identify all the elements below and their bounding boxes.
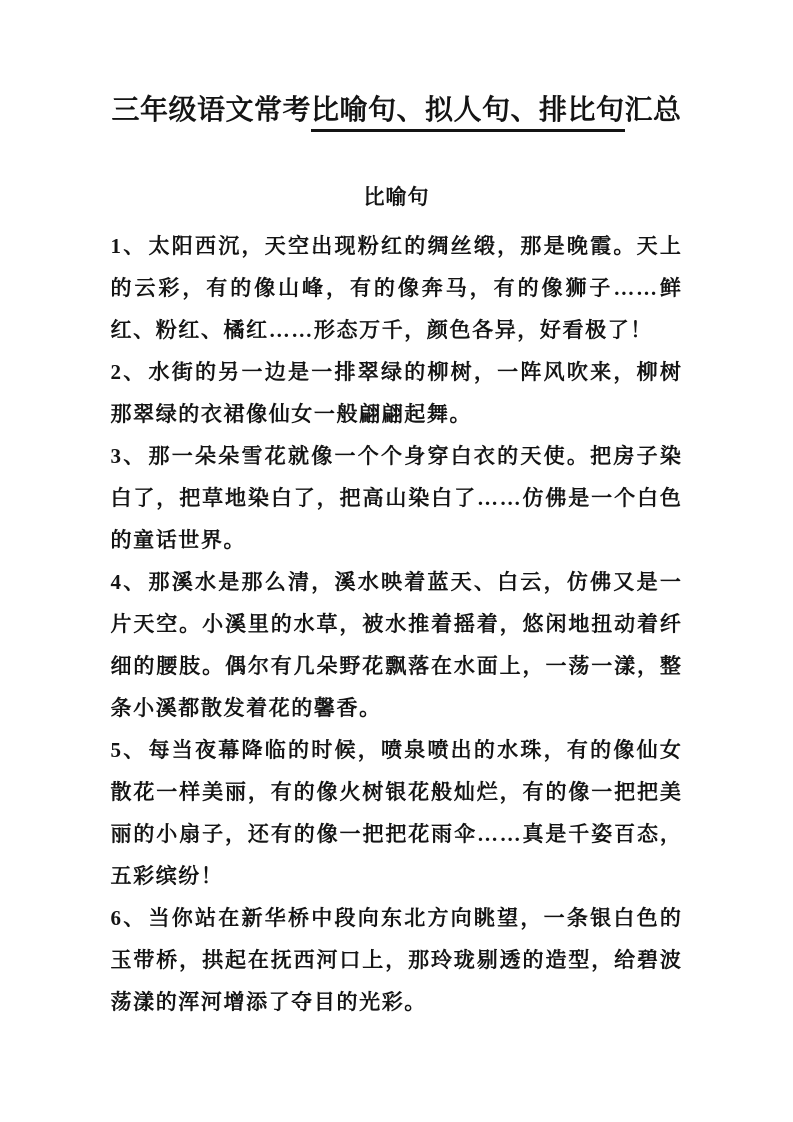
item-text: 那溪水是那么清，溪水映着蓝天、白云，仿佛又是一片天空。小溪里的水草，被水推着摇着… <box>111 570 683 720</box>
list-item: 5、每当夜幕降临的时候，喷泉喷出的水珠，有的像仙女散花一样美丽，有的像火树银花般… <box>111 729 683 897</box>
item-number: 3、 <box>111 444 149 468</box>
list-item: 6、当你站在新华桥中段向东北方向眺望，一条银白色的玉带桥，拱起在抚西河口上，那玲… <box>111 897 683 1023</box>
page-title-suffix: 汇总 <box>625 95 682 126</box>
section-heading: 比喻句 <box>0 183 793 211</box>
document-page: 三年级语文常考比喻句、拟人句、排比句汇总 比喻句 1、太阳西沉，天空出现粉红的绸… <box>0 0 793 1122</box>
item-text: 每当夜幕降临的时候，喷泉喷出的水珠，有的像仙女散花一样美丽，有的像火树银花般灿烂… <box>111 738 683 888</box>
item-text: 水街的另一边是一排翠绿的柳树，一阵风吹来，柳树那翠绿的衣裙像仙女一般翩翩起舞。 <box>111 360 683 426</box>
item-number: 1、 <box>111 234 149 258</box>
list-item: 4、那溪水是那么清，溪水映着蓝天、白云，仿佛又是一片天空。小溪里的水草，被水推着… <box>111 561 683 729</box>
item-number: 6、 <box>111 906 149 930</box>
item-text: 那一朵朵雪花就像一个个身穿白衣的天使。把房子染白了，把草地染白了，把高山染白了…… <box>111 444 683 552</box>
item-number: 4、 <box>111 570 149 594</box>
list-item: 3、那一朵朵雪花就像一个个身穿白衣的天使。把房子染白了，把草地染白了，把高山染白… <box>111 435 683 561</box>
page-title: 三年级语文常考比喻句、拟人句、排比句汇总 <box>0 88 793 134</box>
document-body: 1、太阳西沉，天空出现粉红的绸丝缎，那是晚霞。天上的云彩，有的像山峰，有的像奔马… <box>111 225 683 1023</box>
item-text: 当你站在新华桥中段向东北方向眺望，一条银白色的玉带桥，拱起在抚西河口上，那玲珑剔… <box>111 906 683 1014</box>
page-title-prefix: 三年级语文常考 <box>111 95 311 126</box>
list-item: 2、水街的另一边是一排翠绿的柳树，一阵风吹来，柳树那翠绿的衣裙像仙女一般翩翩起舞… <box>111 351 683 435</box>
item-text: 太阳西沉，天空出现粉红的绸丝缎，那是晚霞。天上的云彩，有的像山峰，有的像奔马，有… <box>111 234 683 342</box>
item-number: 5、 <box>111 738 149 762</box>
page-title-underlined-text: 比喻句、拟人句、排比句 <box>311 95 625 132</box>
list-item: 1、太阳西沉，天空出现粉红的绸丝缎，那是晚霞。天上的云彩，有的像山峰，有的像奔马… <box>111 225 683 351</box>
item-number: 2、 <box>111 360 149 384</box>
